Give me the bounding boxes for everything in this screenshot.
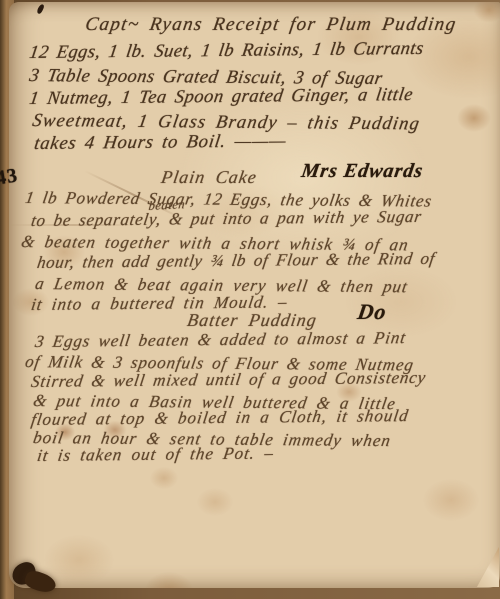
recipe-attribution-ditto: Do [356, 301, 388, 323]
recipe-line: 1 Nutmeg, 1 Tea Spoon grated Ginger, a l… [28, 86, 414, 109]
recipe-line: it is taken out of the Pot. – [36, 445, 275, 464]
recipe-line: Stirred & well mixed until of a good Con… [30, 369, 427, 390]
scanned-manuscript: { "document": { "kind": "Handwritten rec… [0, 0, 500, 599]
recipe-line: to be separately, & put into a pan with … [30, 208, 423, 229]
recipe-line: takes 4 Hours to Boil. ——— [33, 132, 288, 153]
ink-blot [12, 560, 60, 598]
recipe-line: Sweetmeat, 1 Glass Brandy – this Pudding [31, 112, 422, 134]
recipe-title-plum-pudding: Capt~ Ryans Receipt for Plum Pudding [84, 15, 458, 34]
recipe-line: 3 Eggs well beaten & added to almost a P… [34, 329, 407, 350]
recipe-title-batter-pudding: Batter Pudding [186, 311, 318, 329]
recipe-line: hour, then add gently ¾ lb of Flour & th… [36, 250, 436, 271]
page-number-mark: 43 [0, 164, 20, 190]
recipe-line: floured at top & boiled in a Cloth, it s… [30, 407, 410, 428]
recipe-title-plain-cake: Plain Cake [160, 168, 258, 186]
interlinear-insertion: beaten [148, 198, 186, 212]
recipe-line: 12 Eggs, 1 lb. Suet, 1 lb Raisins, 1 lb … [28, 40, 425, 63]
recipe-attribution: Mrs Edwards [300, 161, 425, 181]
